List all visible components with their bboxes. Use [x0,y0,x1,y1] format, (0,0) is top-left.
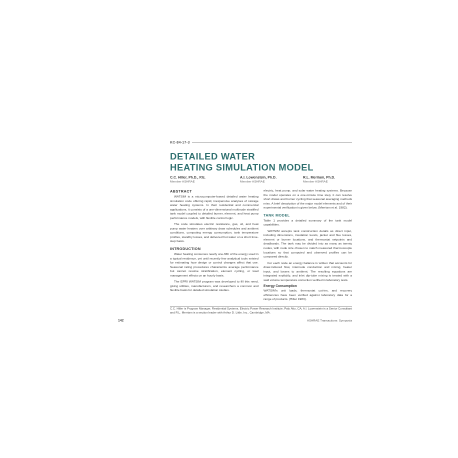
paper-number: KC-84-17-3 [170,141,190,145]
introduction-heading: INTRODUCTION [170,247,259,252]
journal-footer: ASHRAE Transactions: Symposia [307,320,352,323]
author-2: A.I. Lowenstein, Ph.D. Member ASHRAE [240,176,277,184]
abstract-paragraph-1: WATSIM is a microcomputer-based detailed… [170,195,259,221]
energy-consumption-paragraph: WATSIM's unit loads, thermostat cut-ins,… [264,289,353,302]
header-rule [192,142,352,143]
abstract-continued-paragraph: electric, heat pump, and solar water hea… [264,189,353,210]
paper-number-row: KC-84-17-3 [170,141,352,145]
paper-title: DETAILED WATER HEATING SIMULATION MODEL [170,151,352,173]
page-number: 142 [118,319,124,323]
introduction-paragraph-1: Water heating consumes nearly one-fifth … [170,253,259,279]
author-1: C.C. Hiller, Ph.D., P.E. Member ASHRAE [170,176,206,184]
left-column: ABSTRACT WATSIM is a microcomputer-based… [170,189,259,304]
author-2-affiliation: Member ASHRAE [240,180,277,184]
tank-model-heading: TANK MODEL [264,213,353,218]
tank-model-intro: Table 1 provides a detailed summary of t… [264,219,353,228]
right-column: electric, heat pump, and solar water hea… [264,189,353,304]
author-3-name: R.L. Merriam, Ph.D. [303,176,335,180]
author-3: R.L. Merriam, Ph.D. Member ASHRAE [303,176,335,184]
tank-model-paragraph-1: WATSIM accepts tank construction details… [264,229,353,259]
abstract-paragraph-2: The code simulates electric resistance, … [170,223,259,244]
author-block: C.C. Hiller, Ph.D., P.E. Member ASHRAE A… [170,176,352,187]
paper-title-line1: DETAILED WATER [170,151,352,162]
scanned-paper-page: KC-84-17-3 DETAILED WATER HEATING SIMULA… [0,0,458,458]
paper-content: KC-84-17-3 DETAILED WATER HEATING SIMULA… [118,140,352,340]
energy-consumption-subheading: Energy Consumption [264,285,353,289]
tank-model-paragraph-2: For each node an energy balance is writt… [264,261,353,282]
body-columns: ABSTRACT WATSIM is a microcomputer-based… [170,189,352,304]
author-2-name: A.I. Lowenstein, Ph.D. [240,176,277,180]
author-3-affiliation: Member ASHRAE [303,180,335,184]
abstract-heading: ABSTRACT [170,189,259,194]
author-footnote: C.C. Hiller is Program Manager, Resident… [170,306,352,315]
introduction-paragraph-2: The EPRI WATSIM program was developed to… [170,280,259,293]
author-1-name: C.C. Hiller, Ph.D., P.E. [170,176,206,180]
paper-title-line2: HEATING SIMULATION MODEL [170,162,352,173]
author-1-affiliation: Member ASHRAE [170,180,206,184]
